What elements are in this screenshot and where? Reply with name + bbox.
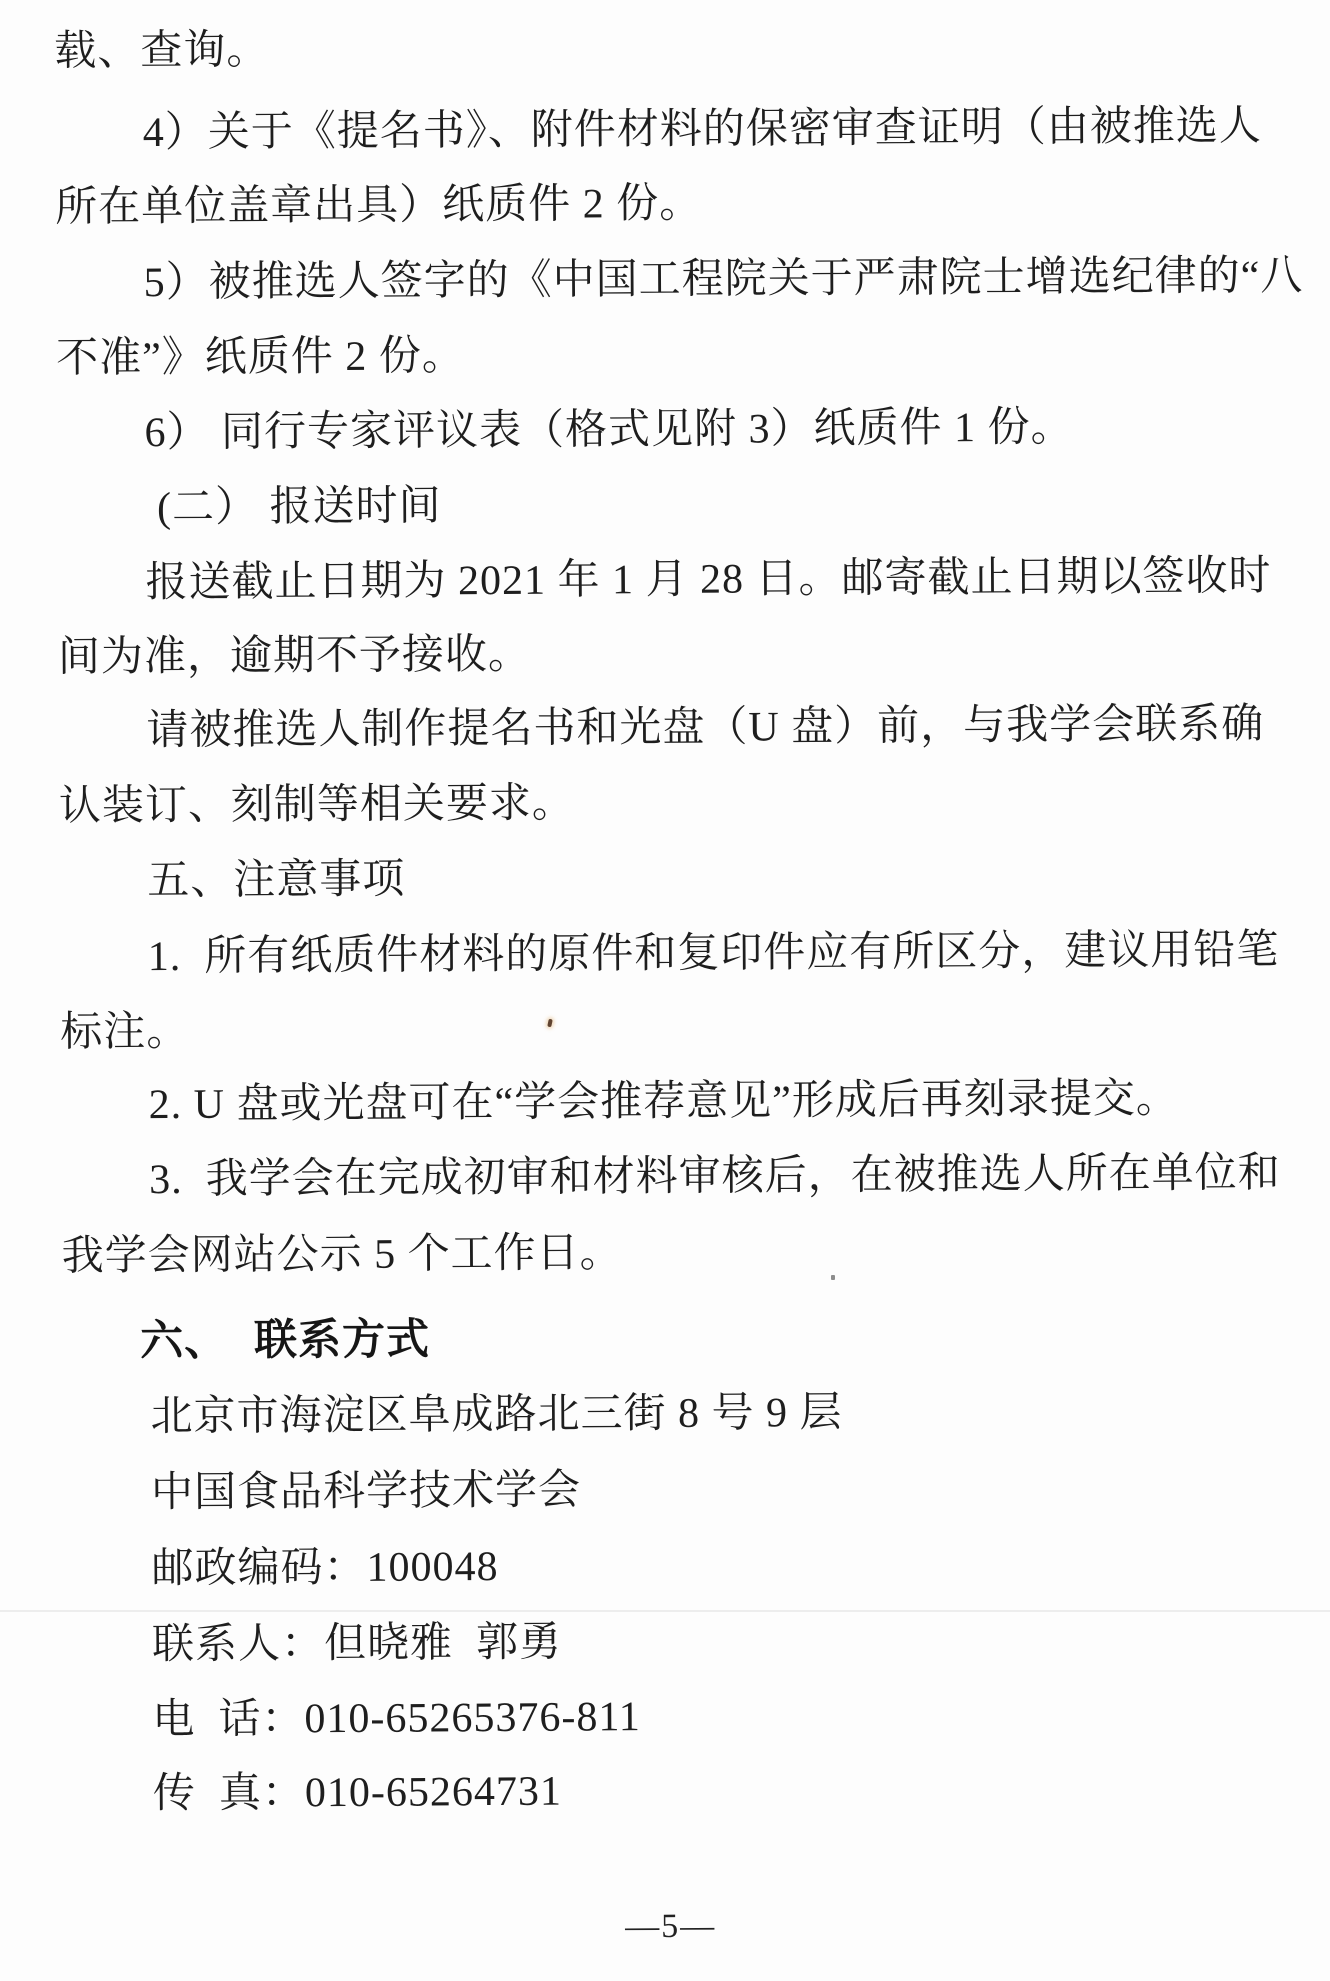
doc-line: 请被推选人制作提名书和光盘（U 盘）前，与我学会联系确	[146, 702, 1264, 753]
doc-line: 我学会网站公示 5 个工作日。	[61, 1231, 622, 1278]
scanned-document-page: 载、查询。 4）关于《提名书》、附件材料的保密审查证明（由被推选人 所在单位盖章…	[0, 0, 1330, 1981]
doc-line-item-4: 4）关于《提名书》、附件材料的保密审查证明（由被推选人	[143, 104, 1262, 155]
doc-line: 标注。	[60, 1010, 189, 1055]
doc-line-note-3: 3. 我学会在完成初审和材料审核后，在被推选人所在单位和	[149, 1151, 1281, 1202]
doc-line: 不准”》纸质件 2 份。	[56, 334, 465, 380]
contact-phone-line: 电 话：010-65265376-811	[152, 1695, 641, 1742]
doc-line-note-2: 2. U 盘或光盘可在“学会推荐意见”形成后再刻录提交。	[149, 1077, 1179, 1127]
section-heading-notes: 五、注意事项	[147, 858, 405, 904]
doc-line-item-5: 5）被推选人签字的《中国工程院关于严肃院士增选纪律的“八	[144, 254, 1304, 305]
contact-persons-line: 联系人：但晓雅 郭勇	[152, 1621, 562, 1668]
section-heading-submission-time: (二） 报送时间	[157, 484, 442, 530]
doc-line-item-6: 6） 同行专家评议表（格式见附 3）纸质件 1 份。	[144, 405, 1073, 455]
doc-line: 载、查询。	[54, 28, 269, 73]
contact-address-line: 北京市海淀区阜成路北三街 8 号 9 层	[150, 1391, 842, 1439]
doc-line: 所在单位盖章出具）纸质件 2 份。	[55, 182, 702, 230]
doc-line: 间为准，逾期不予接收。	[58, 633, 531, 680]
contact-organization-line: 中国食品科学技术学会	[151, 1469, 581, 1516]
doc-line-note-1: 1. 所有纸质件材料的原件和复印件应有所区分，建议用铅笔	[148, 928, 1280, 979]
scan-artifact-speck	[831, 1275, 835, 1280]
contact-postal-code-line: 邮政编码：100048	[151, 1545, 498, 1591]
page-number: —5—	[6, 1904, 1330, 1950]
contact-fax-line: 传 真：010-65264731	[153, 1770, 562, 1816]
doc-line: 认装订、刻制等相关要求。	[59, 782, 575, 829]
page-content: 载、查询。 4）关于《提名书》、附件材料的保密审查证明（由被推选人 所在单位盖章…	[0, 0, 1330, 1981]
section-heading-contact: 六、 联系方式	[140, 1317, 430, 1363]
doc-line: 报送截止日期为 2021 年 1 月 28 日。邮寄截止日期以签收时	[145, 554, 1271, 605]
scan-artifact-line	[0, 1610, 1330, 1612]
